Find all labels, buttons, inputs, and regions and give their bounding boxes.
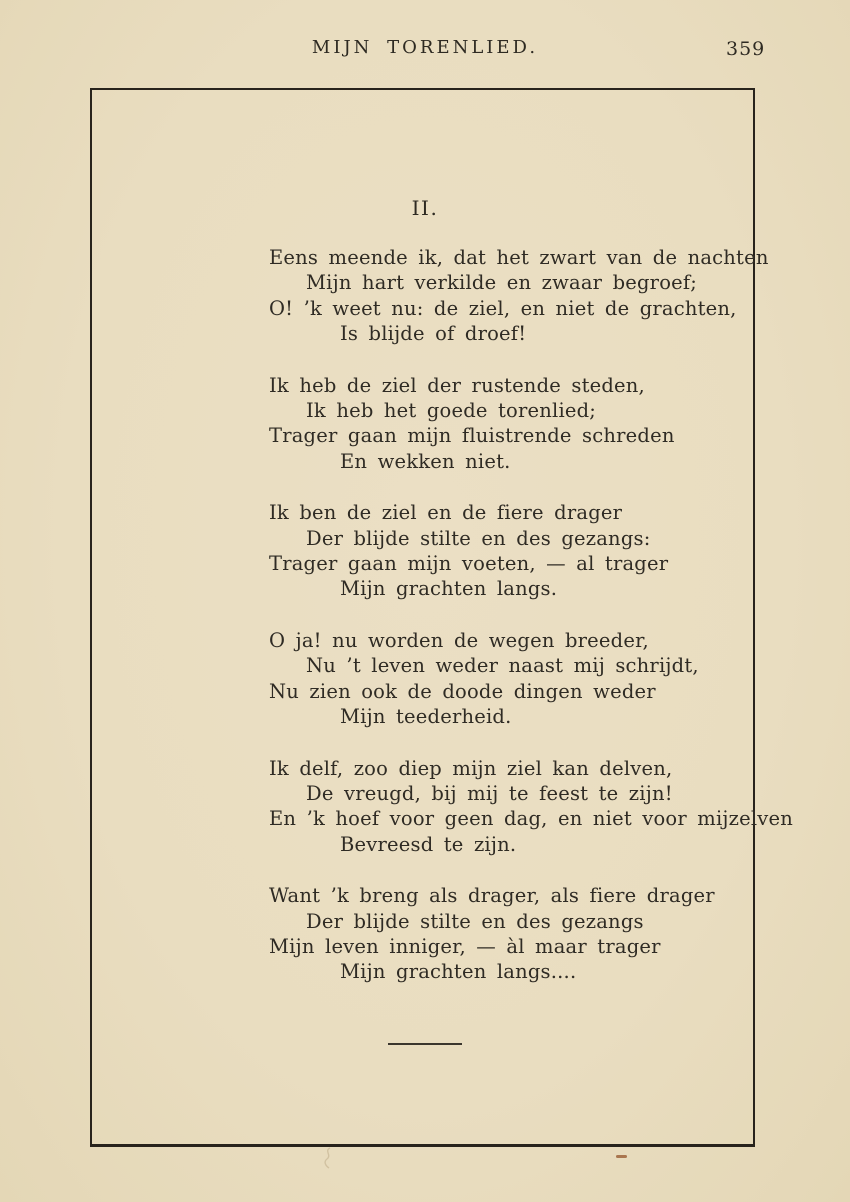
poem-line: Mijn leven inniger, — àl maar trager	[269, 934, 793, 959]
poem-line: Ik ben de ziel en de fiere drager	[269, 500, 793, 525]
stanza-6: Want ’k breng als drager, als fiere drag…	[269, 883, 793, 985]
running-header-title: MIJN TORENLIED.	[0, 37, 850, 58]
poem-line: Want ’k breng als drager, als fiere drag…	[269, 883, 793, 908]
scan-artifact-dash	[616, 1155, 627, 1158]
poem-line: Mijn teederheid.	[340, 704, 793, 729]
section-heading: II.	[0, 196, 850, 220]
poem-line: Ik delf, zoo diep mijn ziel kan delven,	[269, 756, 793, 781]
poem-line: Trager gaan mijn voeten, — al trager	[269, 551, 793, 576]
page-number: 359	[726, 38, 765, 60]
poem-line: Bevreesd te zijn.	[340, 832, 793, 857]
stanza-2: Ik heb de ziel der rustende steden, Ik h…	[269, 373, 793, 475]
poem-line: De vreugd, bij mij te feest te zijn!	[306, 781, 793, 806]
stanza-5: Ik delf, zoo diep mijn ziel kan delven, …	[269, 756, 793, 858]
scan-artifact-squiggle	[320, 1147, 336, 1169]
poem-line: Der blijde stilte en des gezangs	[306, 909, 793, 934]
poem-line: O ja! nu worden de wegen breeder,	[269, 628, 793, 653]
poem-line: Mijn grachten langs....	[340, 959, 793, 984]
poem-line: Trager gaan mijn fluistrende schreden	[269, 423, 793, 448]
poem-line: Nu zien ook de doode dingen weder	[269, 679, 793, 704]
poem-line: O! ’k weet nu: de ziel, en niet de grach…	[269, 296, 793, 321]
poem-line: Eens meende ik, dat het zwart van de nac…	[269, 245, 793, 270]
poem-line: Der blijde stilte en des gezangs:	[306, 526, 793, 551]
stanza-1: Eens meende ik, dat het zwart van de nac…	[269, 245, 793, 347]
poem-line: Mijn hart verkilde en zwaar begroef;	[306, 270, 793, 295]
poem-text: Eens meende ik, dat het zwart van de nac…	[269, 245, 793, 1011]
stanza-3: Ik ben de ziel en de fiere drager Der bl…	[269, 500, 793, 602]
poem-line: Mijn grachten langs.	[340, 576, 793, 601]
poem-line: Ik heb de ziel der rustende steden,	[269, 373, 793, 398]
poem-line: Is blijde of droef!	[340, 321, 793, 346]
poem-line: En ’k hoef voor geen dag, en niet voor m…	[269, 806, 793, 831]
stanza-4: O ja! nu worden de wegen breeder, Nu ’t …	[269, 628, 793, 730]
poem-line: En wekken niet.	[340, 449, 793, 474]
end-rule	[388, 1043, 462, 1045]
poem-line: Nu ’t leven weder naast mij schrijdt,	[306, 653, 793, 678]
poem-line: Ik heb het goede torenlied;	[306, 398, 793, 423]
